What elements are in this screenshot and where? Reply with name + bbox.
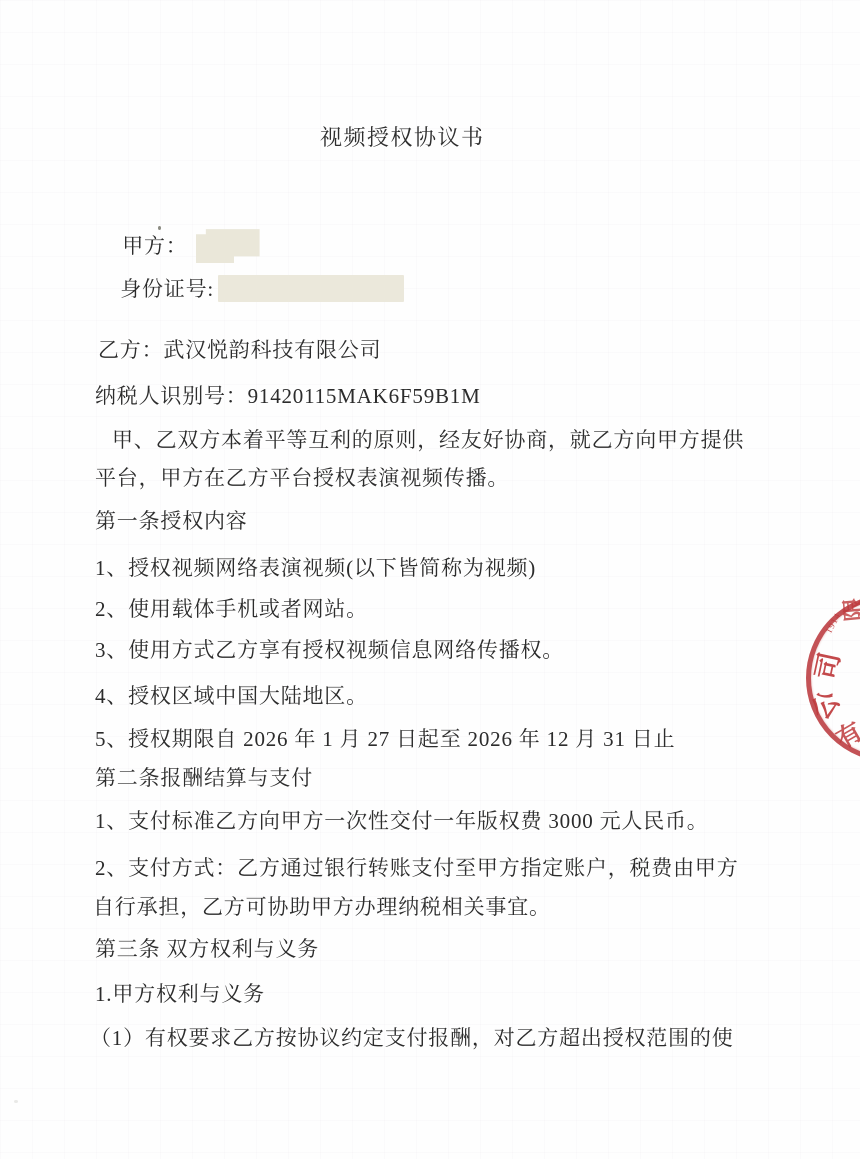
body-line: 1、支付标准乙方向甲方一次性交付一年版权费 3000 元人民币。 [95,809,709,833]
body-line: 自行承担，乙方可协助甲方办理纳税相关事宜。 [93,895,551,919]
document-title: 视频授权协议书 [320,121,485,152]
id-number-line: 身份证号: [96,251,404,326]
section-heading: 第二条报酬结算与支付 [95,766,313,790]
body-line: 1、授权视频网络表演视频(以下皆简称为视频) [95,556,536,580]
party-b-line: 乙方：武汉悦韵科技有限公司 [98,338,381,362]
company-seal: 限 1914 司 公 有 [796,570,860,800]
scan-speck [158,226,161,230]
body-line: 2、支付方式：乙方通过银行转账支付至甲方指定账户，税费由甲方 [95,856,739,880]
id-number-label: 身份证号: [120,277,214,301]
contract-page: 视频授权协议书 甲方： 身份证号: 乙方：武汉悦韵科技有限公司 纳税人识别号：9… [0,0,860,1159]
body-line: 4、授权区域中国大陆地区。 [95,684,368,708]
section-heading: 第三条 双方权利与义务 [95,937,319,961]
body-line: （1）有权要求乙方按协议约定支付报酬，对乙方超出授权范围的使 [90,1026,734,1050]
body-line: 1.甲方权利与义务 [95,982,265,1006]
scan-speck [14,1100,18,1103]
tax-id-line: 纳税人识别号：91420115MAK6F59B1M [95,384,481,408]
body-line: 平台，甲方在乙方平台授权表演视频传播。 [95,466,509,490]
body-line: 甲、乙双方本着平等互利的原则，经友好协商，就乙方向甲方提供 [112,428,744,452]
id-number-redaction-box [218,275,404,302]
body-line: 2、使用载体手机或者网站。 [95,597,368,621]
body-line: 3、使用方式乙方享有授权视频信息网络传播权。 [95,638,564,662]
section-heading: 第一条授权内容 [95,509,248,533]
body-line: 5、授权期限自 2026 年 1 月 27 日起至 2026 年 12 月 31… [95,727,675,751]
